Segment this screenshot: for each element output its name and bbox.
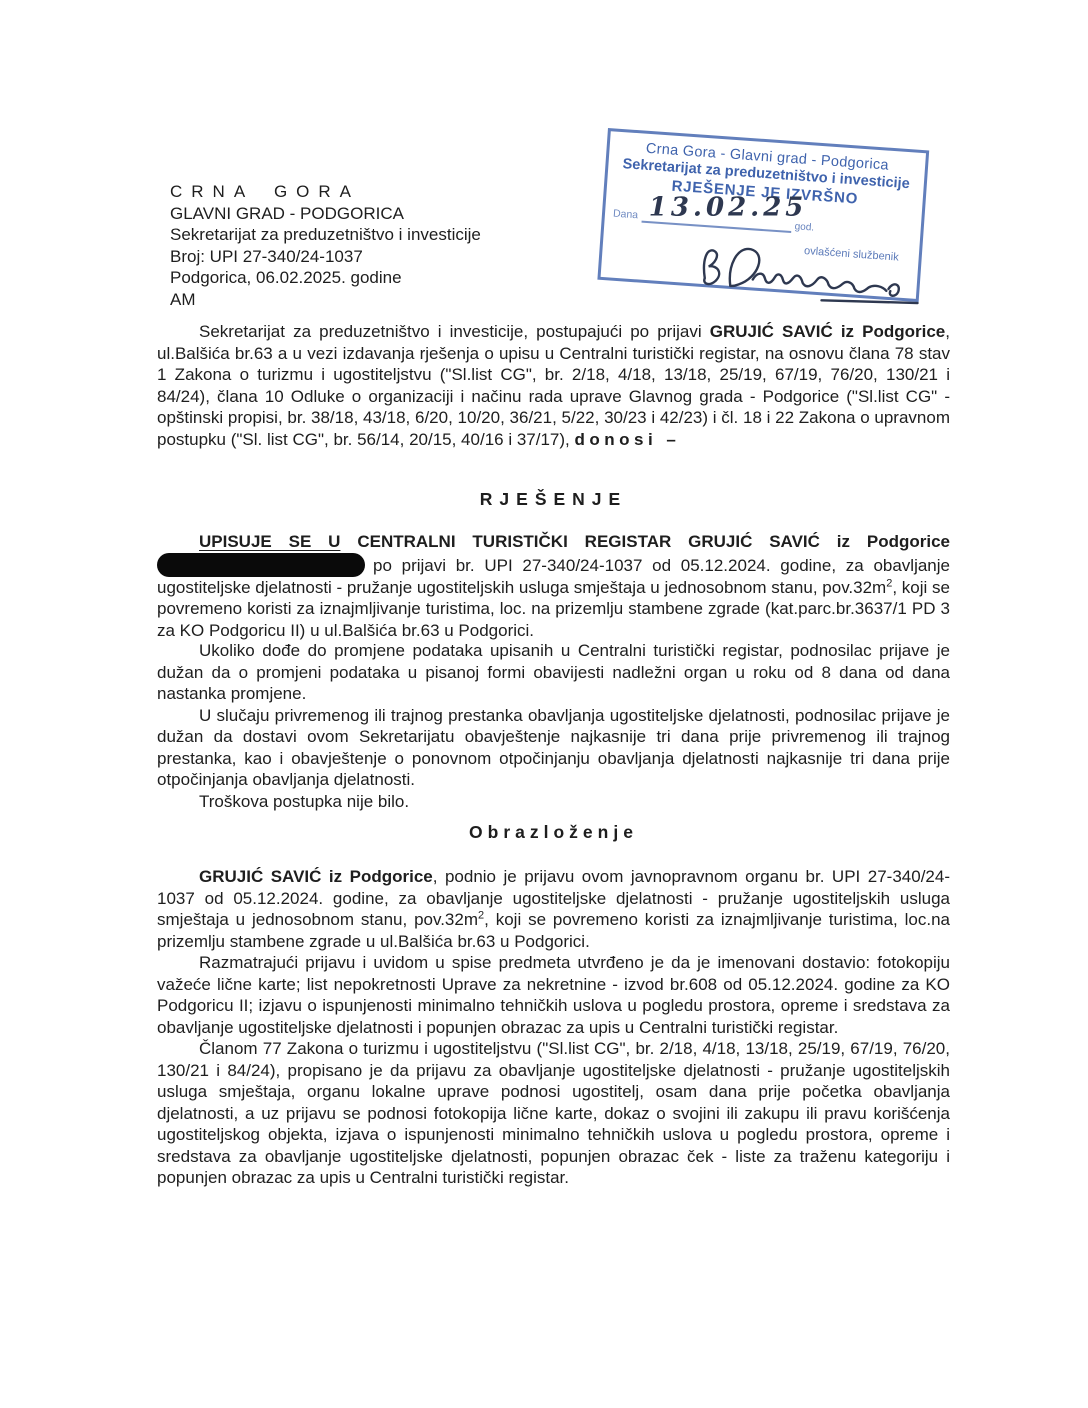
paragraph-cessation-notice: U slučaju privremenog ili trajnog presta…: [157, 705, 950, 791]
redaction-box: [157, 553, 365, 577]
letterhead-department: Sekretarijat za preduzetništvo i investi…: [170, 224, 481, 246]
stamp-date-row: Dana 13.02.25 god.: [613, 205, 909, 242]
donosi-phrase: donosi –: [574, 430, 680, 449]
applicant-name: GRUJIĆ SAVIĆ iz Podgorice: [199, 867, 433, 886]
decision-paragraph-block: UPISUJE SE U CENTRALNI TURISTIČKI REGIST…: [157, 531, 950, 641]
applicant-name: GRUJIĆ SAVIĆ iz Podgorice: [710, 322, 946, 341]
explanation-paragraph-1: GRUJIĆ SAVIĆ iz Podgorice, podnio je pri…: [157, 866, 950, 952]
letterhead-city: GLAVNI GRAD - PODGORICA: [170, 203, 481, 225]
intro-paragraph: Sekretarijat za preduzetništvo i investi…: [157, 321, 950, 450]
stamp-date-label: Dana: [613, 208, 639, 223]
decision-heading: RJEŠENJE: [157, 489, 950, 510]
stamp-date-suffix: god.: [794, 221, 814, 234]
explanation-heading: Obrazloženje: [157, 822, 950, 843]
stamp-date-blank-line: 13.02.25: [642, 207, 793, 233]
letterhead-country: CRNA GORA: [170, 181, 481, 203]
handwritten-date: 13.02.25: [649, 193, 808, 223]
decision-underlined-phrase: UPISUJE SE U: [199, 532, 340, 551]
decision-bold-phrase: CENTRALNI TURISTIČKI REGISTAR GRUJIĆ SAV…: [340, 532, 950, 551]
letterhead-case-number: Broj: UPI 27-340/24-1037: [170, 246, 481, 268]
letterhead: CRNA GORA GLAVNI GRAD - PODGORICA Sekret…: [170, 181, 481, 310]
paragraph-change-of-data: Ukoliko dođe do promjene podataka upisan…: [157, 640, 950, 705]
letterhead-place-date: Podgorica, 06.02.2025. godine: [170, 267, 481, 289]
decision-paragraph: UPISUJE SE U CENTRALNI TURISTIČKI REGIST…: [157, 531, 950, 641]
document-page: Crna Gora - Glavni grad - Podgorica Sekr…: [0, 0, 1088, 1408]
explanation-paragraph-3: Članom 77 Zakona o turizmu i ugostiteljs…: [157, 1038, 950, 1189]
letterhead-initials: AM: [170, 289, 481, 311]
explanation-paragraph-2: Razmatrajući prijavu i uvidom u spise pr…: [157, 952, 950, 1038]
obligations-block: Ukoliko dođe do promjene podataka upisan…: [157, 640, 950, 812]
paragraph-no-costs: Troškova postupka nije bilo.: [157, 791, 950, 813]
explanation-block: GRUJIĆ SAVIĆ iz Podgorice, podnio je pri…: [157, 866, 950, 1189]
signature-scribble: [691, 237, 925, 315]
intro-paragraph-block: Sekretarijat za preduzetništvo i investi…: [157, 321, 950, 450]
execution-stamp: Crna Gora - Glavni grad - Podgorica Sekr…: [597, 128, 929, 302]
